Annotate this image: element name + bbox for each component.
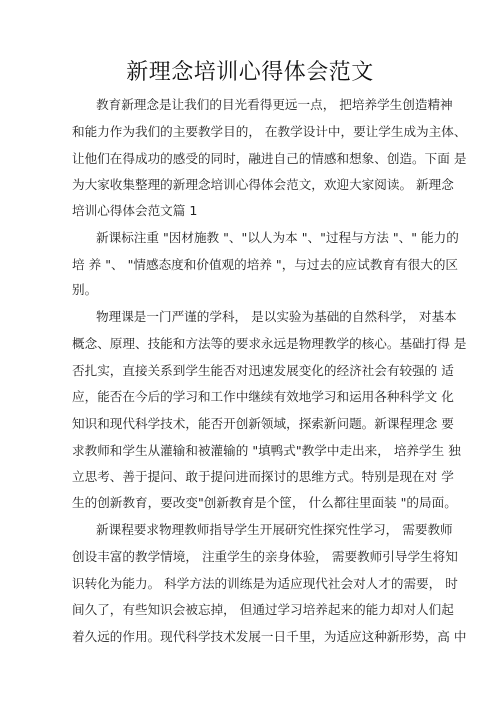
document-title: 新理念培训心得体会范文 [0,58,500,88]
paragraph-line: 立思考、善于提问、敢于提问进而探讨的思维方式。特别是现在对 学 [72,469,454,485]
paragraph-line: 生的创新教育，要改变"创新教育是个筐， 什么都往里面装 "的局面。 [72,495,457,511]
paragraph-line: 培 养 "、 "情感态度和价值观的培养 "，与过去的应试教育有很大的区 [72,257,458,273]
paragraph-line: 知识和现代科学技术，能否开创新领域，探索新问题。新课程理念 要 [72,416,454,432]
paragraph-line: 间久了，有些知识会被忘掉， 但通过学习培养起来的能力却对人们起 [72,602,454,618]
section-heading: 培训心得体会范文篇 1 [72,203,197,219]
paragraph-line: 别。 [72,282,97,298]
paragraph-line: 为大家收集整理的新理念培训心得体会范文，欢迎大家阅读。 新理念 [72,177,454,193]
paragraph-line: 概念、原理、技能和方法等的要求永远是物理教学的核心。基础打得 是 [72,336,466,352]
paragraph-line: 让他们在得成功的感受的同时，融进自己的情感和想象、创造。下面 是 [72,151,466,167]
paragraph-line: 新课标注重 "因材施教 "、"以人为本 "、"过程与方法 "、" 能力的 [96,230,459,246]
paragraph-line: 否扎实，直接关系到学生能否对迅速发展变化的经济社会有较强的 适 [72,363,454,379]
paragraph-line: 物理课是一门严谨的学科， 是以实验为基础的自然科学， 对基本 [96,309,457,325]
document-page: 新理念培训心得体会范文 教育新理念是让我们的目光看得更远一点， 把培养学生创造精… [0,0,500,708]
paragraph-line: 教育新理念是让我们的目光看得更远一点， 把培养学生创造精神 [96,97,453,113]
paragraph-line: 识转化为能力。 科学方法的训练是为适应现代社会对人才的需要， 时 [72,576,458,592]
paragraph-line: 应，能否在今后的学习和工作中继续有效地学习和运用各种科学文 化 [72,389,454,405]
paragraph-line: 新课程要求物理教师指导学生开展研究性探究性学习， 需要教师 [96,522,453,538]
paragraph-line: 着久远的作用。现代科学技术发展一日千里，为适应这种新形势，高 中 [72,629,466,645]
paragraph-line: 和能力作为我们的主要教学目的， 在教学设计中，要让学生成为主体、 [72,124,466,140]
paragraph-line: 求教师和学生从灌输和被灌输的 "填鸭式"教学中走出来， 培养学生 独 [72,443,461,459]
paragraph-line: 创设丰富的教学情境， 注重学生的亲身体验， 需要教师引导学生将知 [72,549,458,565]
